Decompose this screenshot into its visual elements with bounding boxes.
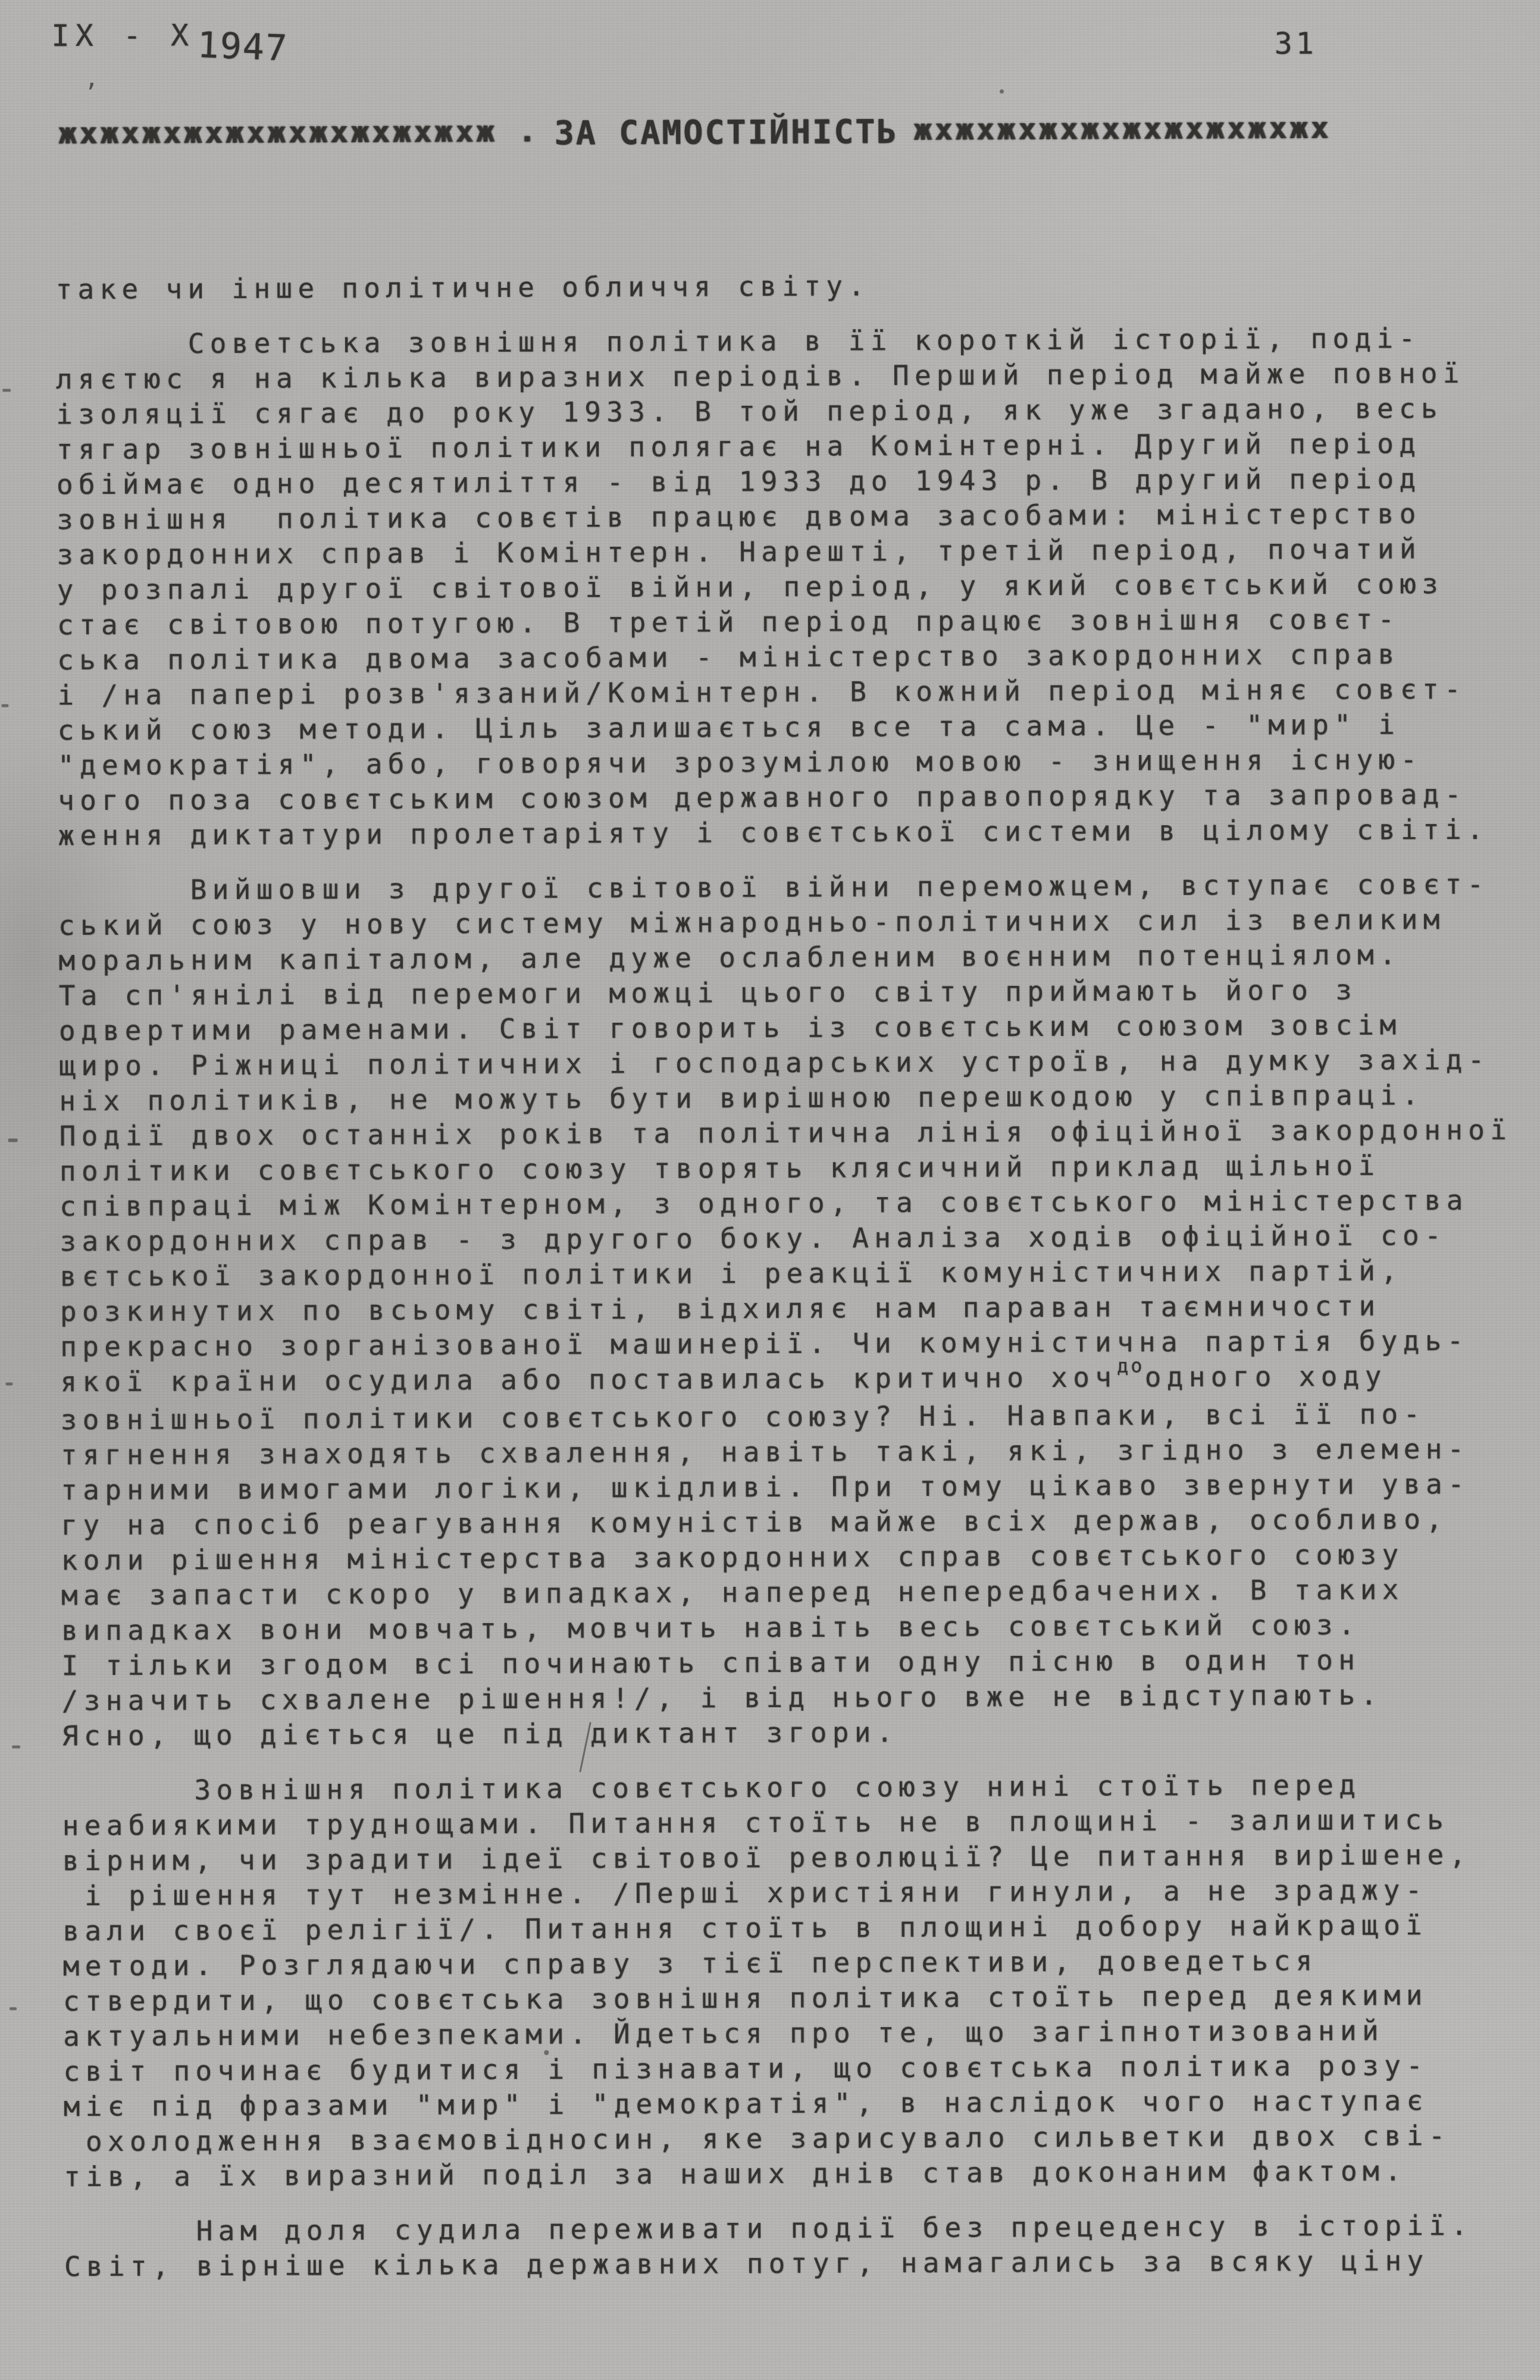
text-line: міє під фразами "мир" і "демократія", в … [64, 2082, 1533, 2124]
text-line: методи. Розглядаючи справу з тієї перспе… [63, 1942, 1533, 1984]
text-line: Світ, вірніше кілька державних потуг, на… [64, 2243, 1534, 2284]
text-line: Советська зовнішня політика в її короткі… [56, 320, 1526, 362]
edge-speck [2, 389, 11, 392]
text-line: зовнішньої політики совєтського союзу? Н… [61, 1396, 1530, 1438]
text-line: Та сп'янілі від перемоги можці цього сві… [58, 972, 1528, 1013]
text-line: закордонних справ і Комінтерн. Нарешті, … [57, 531, 1526, 572]
text-line: вєтської закордонної політики і реакції … [60, 1252, 1529, 1294]
text-line: у розпалі другої світової війни, період,… [57, 566, 1526, 607]
text-line: стає світовою потугою. В третій період п… [57, 601, 1527, 643]
text-line: світ починає будитися і пізнавати, що со… [63, 2047, 1533, 2089]
text-line: таке чи інше політичне обличчя світу. [55, 265, 1525, 307]
edge-speck [12, 1746, 20, 1749]
text-line: розкинутих по всьому світі, відхиляє нам… [60, 1288, 1530, 1329]
text-line: політики совєтського союзу творять кляси… [60, 1147, 1529, 1189]
paragraph: Нам доля судила переживати події без пре… [64, 2207, 1533, 2284]
text-line: ствердити, що совєтська зовнішня політик… [63, 1977, 1533, 2019]
document-title: ЗА САМОСТІЙНІСТЬ [554, 112, 898, 152]
issue-date: IX - X [51, 18, 195, 53]
title-row: жхжхжхжхжхжхжхжхжхжхж . ЗА САМОСТІЙНІСТЬ… [58, 111, 1331, 154]
text-line: співпраці між Комінтерном, з одного, та … [60, 1182, 1529, 1224]
text-line: охолодження взаємовідносин, яке зарисува… [64, 2118, 1533, 2159]
paragraph: Зовнішня політика совєтського союзу нині… [62, 1767, 1533, 2194]
text-line: І тільки згодом всі починають співати од… [61, 1642, 1531, 1683]
text-line: ська політика двома засобами - міністерс… [57, 636, 1527, 678]
text-line: чого поза совєтським союзом державного п… [58, 776, 1528, 818]
text-line: зовнішня політика совєтів працює двома з… [57, 496, 1526, 537]
stray-mark: ‚ [84, 65, 99, 92]
page-number: 31 [1274, 26, 1317, 61]
edge-speck [1, 704, 8, 707]
text-line: ський союз у нову систему міжнародньо-по… [58, 901, 1528, 943]
paragraph: таке чи інше політичне обличчя світу. [55, 265, 1525, 307]
text-line: закордонних справ - з другого боку. Анал… [60, 1217, 1529, 1259]
text-line: одвертими раменами. Світ говорить із сов… [59, 1007, 1529, 1048]
text-line: і /на папері розв'язаний/Комінтерн. В ко… [57, 671, 1527, 713]
text-line: вали своєї релігії/. Питання стоїть в пл… [62, 1907, 1532, 1949]
text-line: актуальними небезпеками. Йдеться про те,… [63, 2012, 1533, 2054]
text-line: тягар зовнішньої політики полягає на Ком… [56, 425, 1526, 467]
text-line: тів, а їх виразний поділ за наших днів с… [64, 2153, 1533, 2194]
text-line: Ясно, що діється це під диктант згори. [62, 1712, 1532, 1753]
text-line: якої країни осудила або поставилась крит… [60, 1358, 1530, 1402]
text-line: гу на спосіб реагування комуністів майже… [61, 1501, 1530, 1543]
text-line: Події двох останніх років та політична л… [59, 1112, 1529, 1154]
text-line: тягнення знаходять схвалення, навіть так… [61, 1431, 1530, 1473]
edge-speck [10, 2008, 17, 2011]
text-line: щиро. Ріжниці політичних і господарських… [59, 1042, 1529, 1083]
text-line: /значить схвалене рішення!/, і від нього… [62, 1677, 1532, 1718]
text-line: Нам доля судила переживати події без пре… [64, 2207, 1533, 2249]
text-line: вірним, чи зрадити ідеї світової революц… [62, 1837, 1532, 1878]
scanned-content: IX - X 1947 ‚ 31 жхжхжхжхжхжхжхжхжхжхж .… [0, 0, 1540, 2380]
text-line: і рішення тут незмінне. /Перші христіяни… [62, 1872, 1532, 1914]
text-line: моральним капіталом, але дуже ослабленим… [58, 937, 1528, 978]
text-line: має запасти скоро у випадках, наперед не… [61, 1571, 1531, 1613]
text-line: ізоляції сягає до року 1933. В той періо… [56, 390, 1526, 432]
paper-speck [1000, 89, 1004, 93]
text-line: ження диктатури пролетаріяту і совєтсько… [58, 812, 1528, 853]
document-body: таке чи інше політичне обличчя світу.Сов… [55, 265, 1534, 2284]
text-line: ський союз методи. Ціль залишається все … [57, 706, 1527, 748]
paper-speck [544, 2050, 549, 2055]
strikeout-left: жхжхжхжхжхжхжхжхжхжхж . [58, 114, 539, 151]
edge-speck [8, 1139, 18, 1142]
document-page: IX - X 1947 ‚ 31 жхжхжхжхжхжхжхжхжхжхж .… [0, 0, 1540, 2380]
paragraph: Вийшовши з другої світової війни перемож… [58, 866, 1532, 1753]
text-line: випадках вони мовчать, мовчить навіть ве… [61, 1606, 1531, 1648]
issue-year: 1947 [196, 24, 289, 70]
superscript-insertion: до [1117, 1354, 1145, 1377]
text-line: коли рішення міністерства закордонних сп… [61, 1536, 1531, 1578]
text-line: прекрасно зорганізованої машинерії. Чи к… [60, 1323, 1530, 1364]
text-line: тарними вимогами логіки, шкідливі. При т… [61, 1466, 1530, 1508]
text-line: Зовнішня політика совєтського союзу нині… [62, 1767, 1532, 1808]
text-line: Вийшовши з другої світової війни перемож… [58, 866, 1528, 908]
paragraph: Советська зовнішня політика в її короткі… [56, 320, 1528, 853]
text-line: обіймає одно десятиліття - від 1933 до 1… [57, 461, 1526, 502]
edge-speck [5, 1383, 12, 1386]
text-line: ніх політиків, не можуть бути вирішною п… [59, 1077, 1529, 1119]
text-line: "демократія", або, говорячи зрозумілою м… [58, 741, 1528, 783]
text-line: ляєтюс я на кілька виразних періодів. Пе… [56, 355, 1526, 397]
text-line: неабиякими труднощами. Питання стоїть не… [62, 1802, 1532, 1843]
strikeout-right: жхжхжхжхжхжхжхжхжхжх [913, 111, 1331, 147]
